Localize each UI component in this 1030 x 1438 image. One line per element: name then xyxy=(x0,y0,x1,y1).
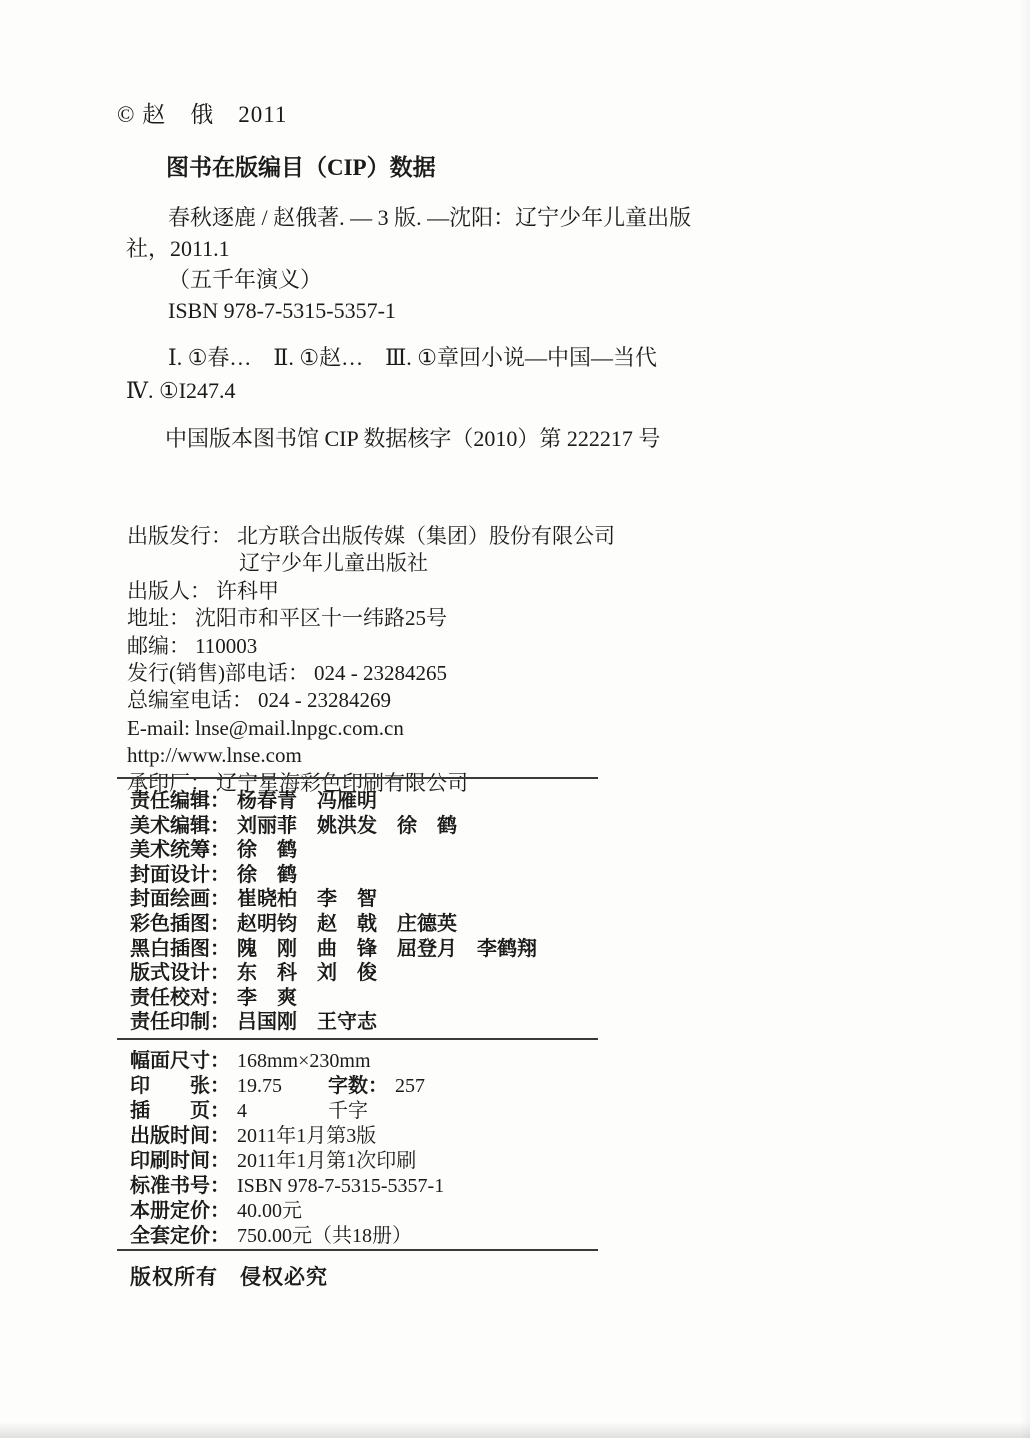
cip-class-line1: Ⅰ. ①春… Ⅱ. ①赵… Ⅲ. ①章回小说—中国—当代 xyxy=(126,341,816,374)
specs-row: 插 页：4 xyxy=(130,1099,444,1124)
credits-row-names: 吕国刚 王守志 xyxy=(237,1011,377,1033)
publisher-row-value: 024 - 23284269 xyxy=(258,688,391,712)
specs-row: 标准书号：ISBN 978-7-5315-5357-1 xyxy=(130,1174,444,1199)
credits-row: 美术编辑：刘丽菲 姚洪发 徐 鹤 xyxy=(130,814,537,839)
publisher-row-label: 邮编： xyxy=(127,634,190,658)
publisher-row-label: 发行(销售)部电话： xyxy=(127,661,309,685)
specs-row: 印 张：19.75字数：257千字 xyxy=(130,1074,444,1099)
specs-row-label: 插 页： xyxy=(130,1100,230,1122)
specs-row-value: 168mm×230mm xyxy=(237,1050,371,1072)
publisher-row-label: 总编室电话： xyxy=(127,688,253,712)
specs-row: 出版时间：2011年1月第3版 xyxy=(130,1124,444,1149)
credits-block: 责任编辑：杨春青 冯雁明 美术编辑：刘丽菲 姚洪发 徐 鹤 美术统筹：徐 鹤 封… xyxy=(130,789,537,1035)
divider-line-bottom xyxy=(117,1249,598,1251)
copyright-notice: © 赵 俄 2011 xyxy=(117,96,287,129)
credits-row: 责任校对：李 爽 xyxy=(130,986,537,1011)
credits-row-names: 东 科 刘 俊 xyxy=(237,962,377,984)
credits-row: 封面设计：徐 鹤 xyxy=(130,863,537,888)
credits-row-names: 隗 刚 曲 锋 屈登月 李鹤翔 xyxy=(237,938,537,960)
scan-edge-shading xyxy=(0,1422,1030,1438)
specs-row-value: 2011年1月第3版 xyxy=(237,1125,376,1147)
credits-row: 美术统筹：徐 鹤 xyxy=(130,838,537,863)
credits-row-names: 赵明钧 赵 戟 庄德英 xyxy=(237,913,457,935)
specs-row-label: 全套定价： xyxy=(130,1225,230,1247)
credits-row-label: 责任编辑： xyxy=(130,790,230,812)
publisher-row: http://www.lnse.com xyxy=(127,742,615,769)
publisher-row-value: 辽宁少年儿童出版社 xyxy=(239,551,428,575)
cip-entry-line2: 社，2011.1 xyxy=(126,233,816,264)
credits-row-names: 杨春青 冯雁明 xyxy=(237,790,377,812)
credits-row-names: 刘丽菲 姚洪发 徐 鹤 xyxy=(237,815,457,837)
specs-row-value: 40.00元 xyxy=(237,1200,302,1222)
publisher-row: 出版发行：北方联合出版传媒（集团）股份有限公司 xyxy=(127,523,615,550)
credits-row-names: 崔晓柏 李 智 xyxy=(237,888,377,910)
publisher-website: http://www.lnse.com xyxy=(127,743,302,767)
credits-row-label: 封面绘画： xyxy=(130,888,230,910)
print-specs-block: 幅面尺寸：168mm×230mm 印 张：19.75字数：257千字 插 页：4… xyxy=(130,1049,444,1249)
specs-row-value: 4 xyxy=(237,1100,247,1122)
divider-line-top xyxy=(117,777,598,779)
publisher-row: 出版人：许科甲 xyxy=(127,578,615,605)
credits-row-label: 美术编辑： xyxy=(130,815,230,837)
credits-row-label: 美术统筹： xyxy=(130,839,230,861)
publisher-row-label: 出版发行： xyxy=(127,524,232,548)
publisher-row-label: E-mail: xyxy=(127,716,190,740)
specs-row-label: 出版时间： xyxy=(130,1125,230,1147)
credits-row: 封面绘画：崔晓柏 李 智 xyxy=(130,887,537,912)
publisher-row: 辽宁少年儿童出版社 xyxy=(127,550,615,577)
cip-heading: 图书在版编目（CIP）数据 xyxy=(166,149,436,182)
scan-edge-shading xyxy=(1020,0,1030,1438)
credits-row-label: 彩色插图： xyxy=(130,913,230,935)
publisher-row: 邮编：110003 xyxy=(127,633,615,660)
publisher-email: lnse@mail.lnpgc.com.cn xyxy=(195,716,404,740)
specs-row: 幅面尺寸：168mm×230mm xyxy=(130,1049,444,1074)
publisher-row: 发行(销售)部电话：024 - 23284265 xyxy=(127,660,615,687)
specs-row-label: 幅面尺寸： xyxy=(130,1050,230,1072)
credits-row: 彩色插图：赵明钧 赵 戟 庄德英 xyxy=(130,912,537,937)
cip-series-title: （五千年演义） xyxy=(126,264,816,295)
credits-row: 责任印制：吕国刚 王守志 xyxy=(130,1010,537,1035)
publisher-row-label: 地址： xyxy=(127,606,190,630)
credits-row-names: 徐 鹤 xyxy=(237,839,297,861)
cip-entry: 春秋逐鹿 / 赵俄著. — 3 版. —沈阳：辽宁少年儿童出版 社，2011.1… xyxy=(126,202,816,326)
specs-row-value: 750.00元（共18册） xyxy=(237,1225,412,1247)
credits-row-names: 李 爽 xyxy=(237,987,297,1009)
publisher-info-block: 出版发行：北方联合出版传媒（集团）股份有限公司 辽宁少年儿童出版社 出版人：许科… xyxy=(127,523,615,797)
credits-row: 版式设计：东 科 刘 俊 xyxy=(130,961,537,986)
publisher-row: 地址：沈阳市和平区十一纬路25号 xyxy=(127,605,615,632)
publisher-row-label: 出版人： xyxy=(127,579,211,603)
publisher-row-value: 024 - 23284265 xyxy=(314,661,447,685)
specs-row-label: 印刷时间： xyxy=(130,1150,230,1172)
publisher-row: 总编室电话：024 - 23284269 xyxy=(127,687,615,714)
credits-row-label: 黑白插图： xyxy=(130,938,230,960)
book-copyright-page: © 赵 俄 2011 图书在版编目（CIP）数据 春秋逐鹿 / 赵俄著. — 3… xyxy=(0,0,1030,1438)
divider-line-middle xyxy=(117,1038,598,1040)
cip-class-line2: Ⅳ. ①I247.4 xyxy=(126,374,816,407)
specs-row-label: 印 张： xyxy=(130,1075,230,1097)
credits-row-label: 责任校对： xyxy=(130,987,230,1009)
cip-registry-number: 中国版本图书馆 CIP 数据核字（2010）第 222217 号 xyxy=(165,422,660,453)
specs-row-value: 2011年1月第1次印刷 xyxy=(237,1150,416,1172)
specs-row-value: 19.75 xyxy=(237,1075,282,1097)
rights-reserved-notice: 版权所有 侵权必究 xyxy=(130,1261,328,1291)
cip-entry-line1: 春秋逐鹿 / 赵俄著. — 3 版. —沈阳：辽宁少年儿童出版 xyxy=(126,202,816,233)
cip-isbn: ISBN 978-7-5315-5357-1 xyxy=(126,295,816,326)
credits-row-label: 责任印制： xyxy=(130,1011,230,1033)
credits-row-label: 封面设计： xyxy=(130,864,230,886)
specs-row: 本册定价：40.00元 xyxy=(130,1199,444,1224)
credits-row-label: 版式设计： xyxy=(130,962,230,984)
specs-row-value: ISBN 978-7-5315-5357-1 xyxy=(237,1175,444,1197)
publisher-row-value: 沈阳市和平区十一纬路25号 xyxy=(195,606,447,630)
publisher-row-value: 许科甲 xyxy=(216,579,279,603)
cip-classification: Ⅰ. ①春… Ⅱ. ①赵… Ⅲ. ①章回小说—中国—当代 Ⅳ. ①I247.4 xyxy=(126,341,816,407)
specs-row: 全套定价：750.00元（共18册） xyxy=(130,1224,444,1249)
credits-row: 黑白插图：隗 刚 曲 锋 屈登月 李鹤翔 xyxy=(130,937,537,962)
publisher-row-value: 110003 xyxy=(195,634,257,658)
specs-row-label: 标准书号： xyxy=(130,1175,230,1197)
specs-row-label: 本册定价： xyxy=(130,1200,230,1222)
specs-row-label2: 字数： xyxy=(328,1075,388,1097)
credits-row: 责任编辑：杨春青 冯雁明 xyxy=(130,789,537,814)
credits-row-names: 徐 鹤 xyxy=(237,864,297,886)
specs-row: 印刷时间：2011年1月第1次印刷 xyxy=(130,1149,444,1174)
publisher-row: E-mail:lnse@mail.lnpgc.com.cn xyxy=(127,715,615,742)
publisher-row-value: 北方联合出版传媒（集团）股份有限公司 xyxy=(237,524,615,548)
